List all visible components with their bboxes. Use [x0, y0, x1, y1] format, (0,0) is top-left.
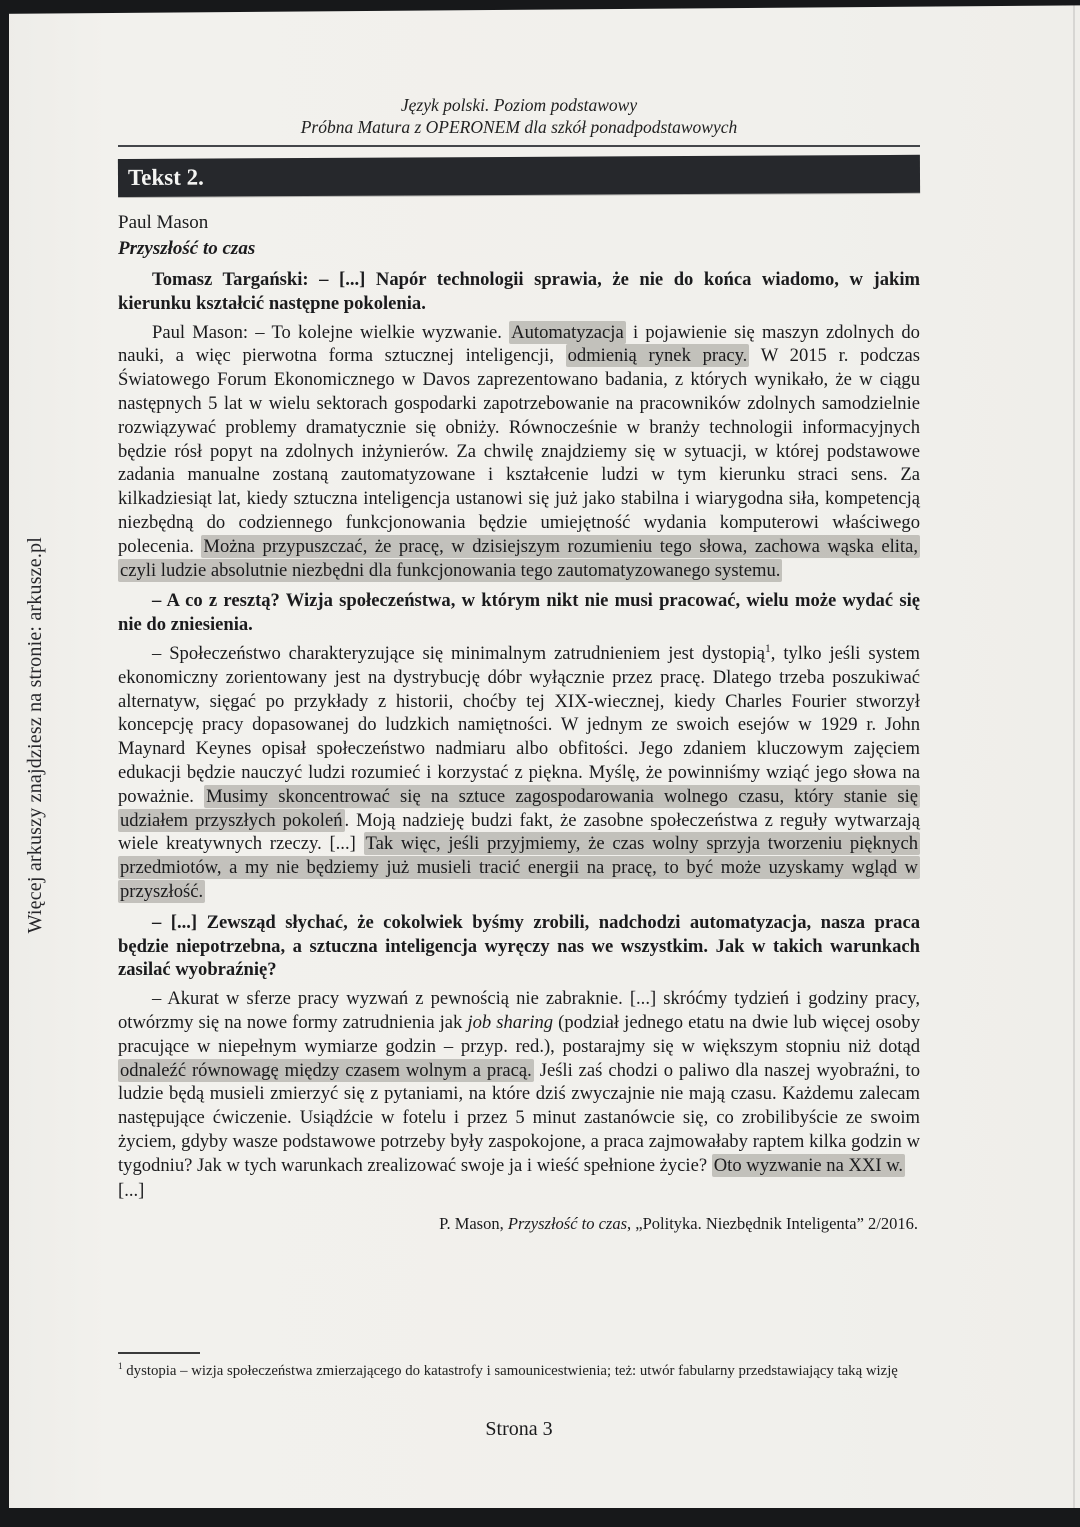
page-number: Strona 3 [118, 1418, 920, 1441]
footnote-rule [118, 1352, 200, 1354]
text-segment: – Społeczeństwo charakteryzujące się min… [152, 643, 765, 664]
text-segment: , tylko jeśli system ekonomiczny zorient… [118, 643, 920, 807]
text-segment: Przyszłość to czas [508, 1214, 627, 1233]
article-body: Tomasz Targański: – [...] Napór technolo… [118, 268, 920, 1203]
text-segment: P. Mason, [439, 1214, 508, 1233]
source-citation: P. Mason, Przyszłość to czas, „Polityka.… [118, 1213, 920, 1235]
text-segment: Tomasz Targański: – [...] Napór technolo… [118, 269, 920, 314]
paragraph: [...] [118, 1179, 920, 1203]
text-column: Język polski. Poziom podstawowy Próbna M… [118, 0, 920, 1527]
paragraph: – [...] Zewsząd słychać, że cokolwiek by… [118, 911, 920, 982]
paragraph: – A co z resztą? Wizja społeczeństwa, w … [118, 589, 920, 637]
document-page: Więcej arkuszy znajdziesz na stronie: ar… [0, 0, 1080, 1527]
scan-border-bottom [0, 1508, 1080, 1527]
text-segment: – [...] Zewsząd słychać, że cokolwiek by… [118, 912, 920, 981]
page-header: Język polski. Poziom podstawowy Próbna M… [118, 94, 920, 138]
header-rule [118, 145, 920, 147]
highlighted-text: odmienią rynek pracy. [566, 344, 750, 367]
paragraph: Paul Mason: – To kolejne wielkie wyzwani… [118, 321, 920, 583]
text-segment: W 2015 r. podczas Światowego Forum Ekono… [118, 345, 920, 556]
paragraph: – Społeczeństwo charakteryzujące się min… [118, 642, 920, 904]
text-segment: – A co z resztą? Wizja społeczeństwa, w … [118, 590, 920, 635]
section-title-bar: Tekst 2. [118, 155, 920, 197]
paragraph: – Akurat w sferze pracy wyzwań z pewnośc… [118, 987, 920, 1177]
highlighted-text: Automatyzacja [509, 321, 626, 344]
footnote-block: 1 dystopia – wizja społeczeństwa zmierza… [118, 1352, 914, 1383]
author-name: Paul Mason [118, 211, 920, 235]
highlighted-text: Można przypuszczać, że pracę, w dzisiejs… [118, 535, 920, 582]
highlighted-text: Oto wyzwanie na XXI w. [712, 1154, 905, 1177]
text-segment: [...] [118, 1180, 144, 1201]
footnote-dystopia: 1 dystopia – wizja społeczeństwa zmierza… [118, 1360, 914, 1383]
sidebar-vertical-note: Więcej arkuszy znajdziesz na stronie: ar… [24, 537, 47, 933]
text-segment: job sharing [467, 1012, 553, 1033]
paragraph: Tomasz Targański: – [...] Napór technolo… [118, 268, 920, 316]
scan-border-left [0, 0, 9, 1527]
scan-edge-right [1073, 0, 1075, 1527]
text-segment: dystopia – wizja społeczeństwa zmierzają… [123, 1363, 898, 1379]
header-subject-line: Język polski. Poziom podstawowy [118, 94, 920, 116]
highlighted-text: odnaleźć równowagę między czasem wolnym … [118, 1059, 534, 1082]
text-segment: , „Polityka. Niezbędnik Inteligenta” 2/2… [627, 1214, 918, 1233]
article-title: Przyszłość to czas [118, 237, 920, 261]
text-segment: Paul Mason: – To kolejne wielkie wyzwani… [152, 322, 509, 343]
header-exam-line: Próbna Matura z OPERONEM dla szkół ponad… [118, 116, 920, 138]
section-title: Tekst 2. [128, 165, 204, 190]
